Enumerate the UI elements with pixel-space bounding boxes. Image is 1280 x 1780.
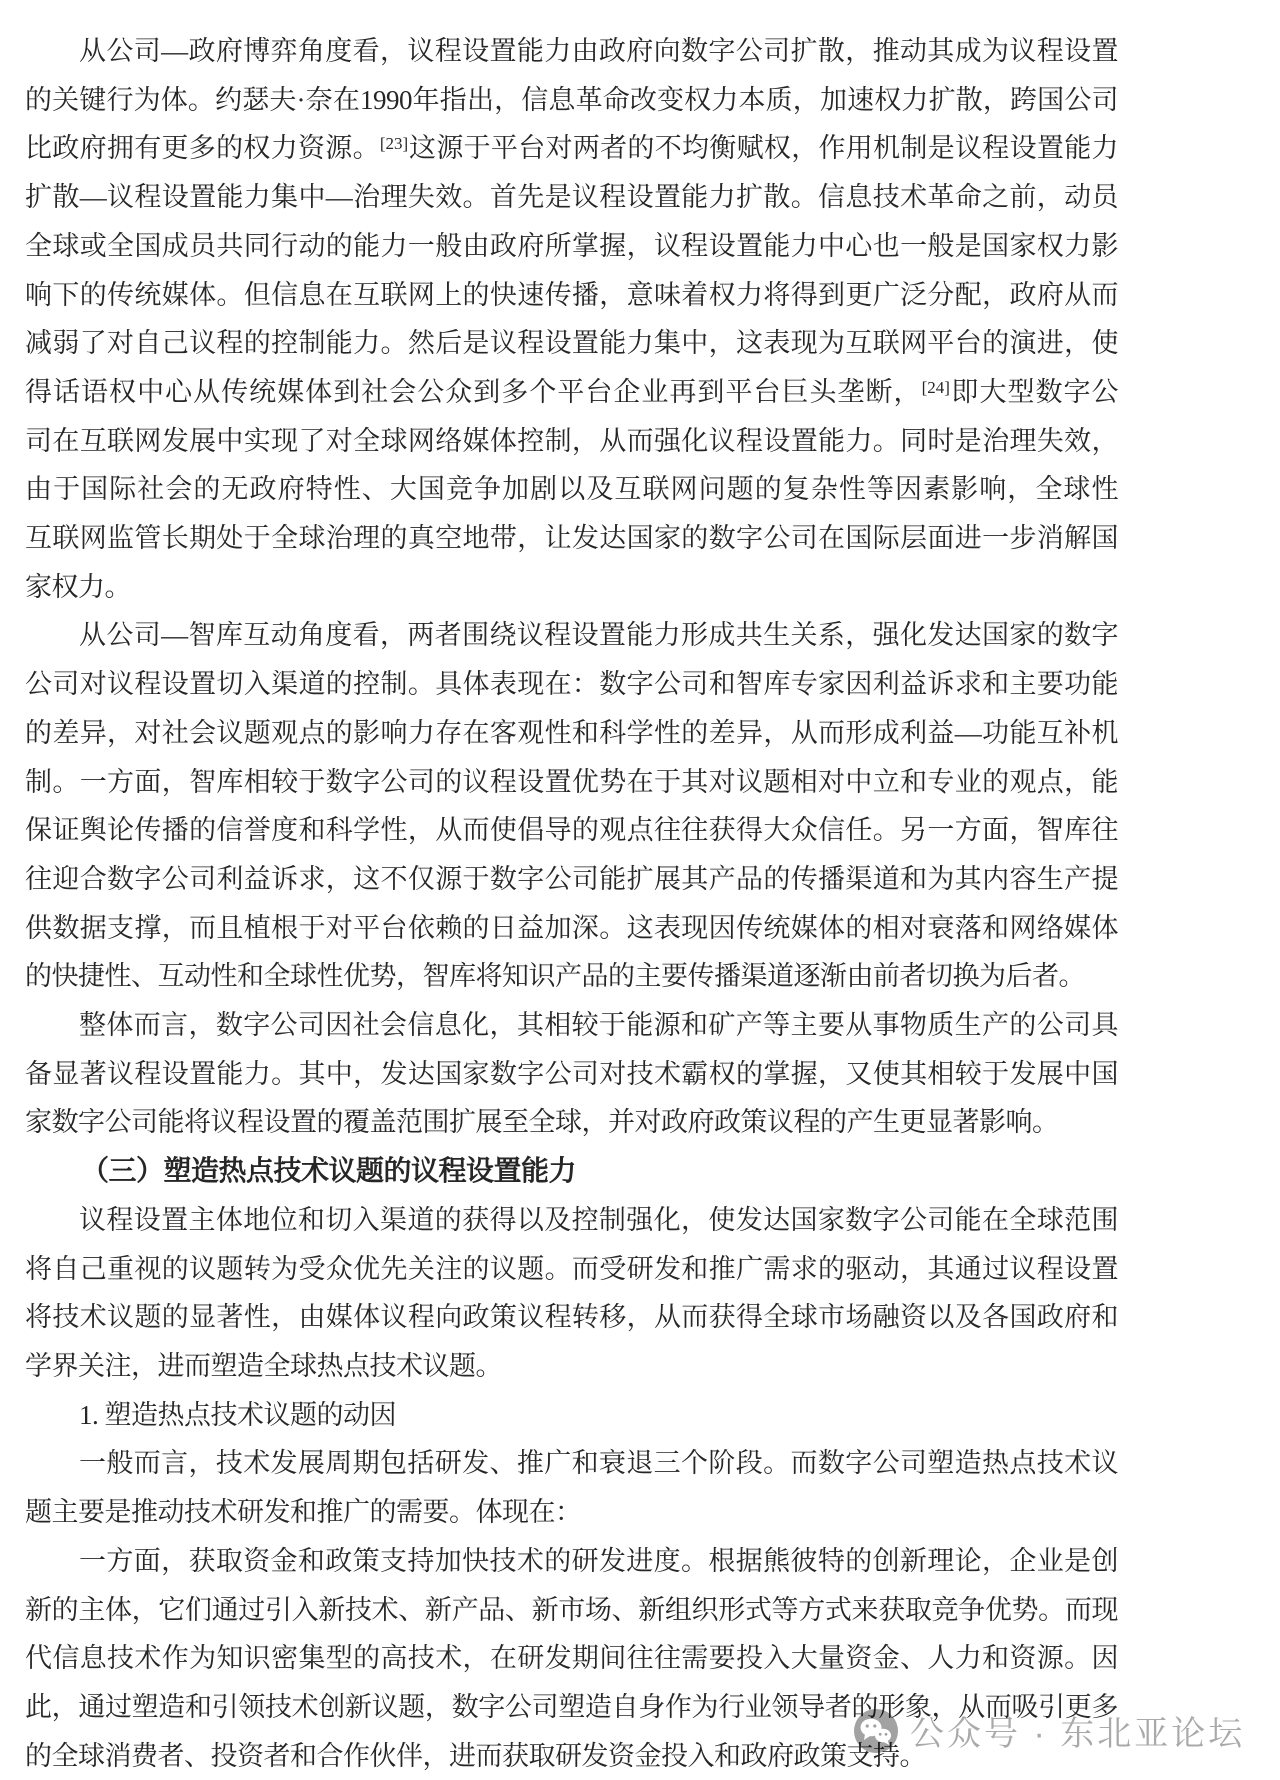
body-text-line: 家权力。 xyxy=(25,563,1118,612)
body-text-line: 备显著议程设置能力。其中，发达国家数字公司对技术霸权的掌握，又使其相较于发展中国 xyxy=(25,1050,1118,1099)
body-text-line: 此，通过塑造和引领技术创新议题，数字公司塑造自身作为行业领导者的形象，从而吸引更… xyxy=(25,1683,1118,1732)
body-text-line: 的快捷性、互动性和全球性优势，智库将知识产品的主要传播渠道逐渐由前者切换为后者。 xyxy=(25,952,1118,1001)
body-text-line: 全球或全国成员共同行动的能力一般由政府所掌握，议程设置能力中心也一般是国家权力影 xyxy=(25,222,1118,271)
section-heading: （三）塑造热点技术议题的议程设置能力 xyxy=(25,1147,1118,1196)
body-text-line: 学界关注，进而塑造全球热点技术议题。 xyxy=(25,1342,1118,1391)
body-text-line: 司在互联网发展中实现了对全球网络媒体控制，从而强化议程设置能力。同时是治理失效， xyxy=(25,417,1118,466)
body-text-line: 家数字公司能将议程设置的覆盖范围扩展至全球，并对政府政策议程的产生更显著影响。 xyxy=(25,1098,1118,1147)
body-text-line: 比政府拥有更多的权力资源。[23]这源于平台对两者的不均衡赋权，作用机制是议程设… xyxy=(25,124,1118,173)
body-text-line: 的差异，对社会议题观点的影响力存在客观性和科学性的差异，从而形成利益—功能互补机 xyxy=(25,709,1118,758)
body-text-line: 制。一方面，智库相较于数字公司的议程设置优势在于其对议题相对中立和专业的观点，能 xyxy=(25,758,1118,807)
body-text-line: 公司对议程设置切入渠道的控制。具体表现在：数字公司和智库专家因利益诉求和主要功能 xyxy=(25,660,1118,709)
body-text-line: 议程设置主体地位和切入渠道的获得以及控制强化，使发达国家数字公司能在全球范围 xyxy=(25,1196,1118,1245)
body-text-line: 代信息技术作为知识密集型的高技术，在研发期间往往需要投入大量资金、人力和资源。因 xyxy=(25,1634,1118,1683)
body-text-line: 保证舆论传播的信誉度和科学性，从而使倡导的观点往往获得大众信任。另一方面，智库往 xyxy=(25,806,1118,855)
body-text-line: 将自己重视的议题转为受众优先关注的议题。而受研发和推广需求的驱动，其通过议程设置 xyxy=(25,1245,1118,1294)
body-text-line: 减弱了对自己议程的控制能力。然后是议程设置能力集中，这表现为互联网平台的演进，使 xyxy=(25,319,1118,368)
body-text-line: 整体而言，数字公司因社会信息化，其相较于能源和矿产等主要从事物质生产的公司具 xyxy=(25,1001,1118,1050)
numbered-subheading: 1. 塑造热点技术议题的动因 xyxy=(25,1391,1118,1440)
body-text-line: 从公司—智库互动角度看，两者围绕议程设置能力形成共生关系，强化发达国家的数字 xyxy=(25,611,1118,660)
body-text-line: 将技术议题的显著性，由媒体议程向政策议程转移，从而获得全球市场融资以及各国政府和 xyxy=(25,1293,1118,1342)
body-text-line: 题主要是推动技术研发和推广的需要。体现在： xyxy=(25,1488,1118,1537)
body-text-line: 一方面，获取资金和政策支持加快技术的研发进度。根据熊彼特的创新理论，企业是创 xyxy=(25,1537,1118,1586)
body-text-line: 的全球消费者、投资者和合作伙伴，进而获取研发资金投入和政府政策支持。 xyxy=(25,1732,1118,1780)
body-text-line: 从公司—政府博弈角度看，议程设置能力由政府向数字公司扩散，推动其成为议程设置 xyxy=(25,27,1118,76)
body-text-line: 的关键行为体。约瑟夫·奈在1990年指出，信息革命改变权力本质，加速权力扩散，跨… xyxy=(25,76,1118,125)
body-text-line: 扩散—议程设置能力集中—治理失效。首先是议程设置能力扩散。信息技术革命之前，动员 xyxy=(25,173,1118,222)
citation-marker: [23] xyxy=(380,134,408,153)
citation-marker: [24] xyxy=(922,378,950,397)
body-text-line: 得话语权中心从传统媒体到社会公众到多个平台企业再到平台巨头垄断，[24]即大型数… xyxy=(25,368,1118,417)
body-text-line: 由于国际社会的无政府特性、大国竞争加剧以及互联网问题的复杂性等因素影响，全球性 xyxy=(25,465,1118,514)
body-text-line: 往迎合数字公司利益诉求，这不仅源于数字公司能扩展其产品的传播渠道和为其内容生产提 xyxy=(25,855,1118,904)
body-text-line: 一般而言，技术发展周期包括研发、推广和衰退三个阶段。而数字公司塑造热点技术议 xyxy=(25,1439,1118,1488)
body-text-line: 供数据支撑，而且植根于对平台依赖的日益加深。这表现因传统媒体的相对衰落和网络媒体 xyxy=(25,904,1118,953)
document-page: 从公司—政府博弈角度看，议程设置能力由政府向数字公司扩散，推动其成为议程设置的关… xyxy=(0,0,1280,1780)
body-text-line: 互联网监管长期处于全球治理的真空地带，让发达国家的数字公司在国际层面进一步消解国 xyxy=(25,514,1118,563)
article-body: 从公司—政府博弈角度看，议程设置能力由政府向数字公司扩散，推动其成为议程设置的关… xyxy=(25,27,1118,1780)
body-text-line: 新的主体，它们通过引入新技术、新产品、新市场、新组织形式等方式来获取竞争优势。而… xyxy=(25,1586,1118,1635)
body-text-line: 响下的传统媒体。但信息在互联网上的快速传播，意味着权力将得到更广泛分配，政府从而 xyxy=(25,271,1118,320)
